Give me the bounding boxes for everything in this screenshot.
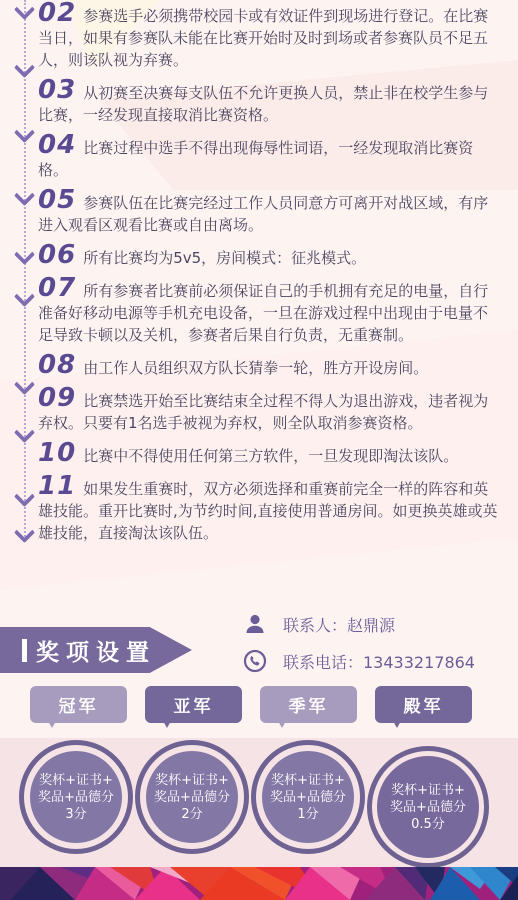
rule-item: 08由工作人员组织双方队长猜拳一轮，胜方开设房间。 xyxy=(38,354,502,379)
tab-label: 亚军 xyxy=(174,692,214,717)
banner-accent-bar xyxy=(22,639,27,662)
awards-section-banner: 奖项设置 xyxy=(0,627,192,673)
rule-text: 所有比赛均为5v5，房间模式：征兆模式。 xyxy=(83,249,366,267)
tab-label: 季军 xyxy=(289,692,329,717)
lowpoly-footer-graphic xyxy=(0,867,518,900)
rules-list: 02参赛选手必须携带校园卡或有效证件到现场进行登记。在比赛当日，如果有参赛队未能… xyxy=(38,2,502,552)
rule-number: 05 xyxy=(38,185,76,215)
rule-item: 09比赛禁选开始至比赛结束全过程不得人为退出游戏，违者视为弃权。只要有1名选手被… xyxy=(38,387,502,434)
rule-number: 04 xyxy=(38,130,76,160)
tab-fourth-place: 殿军 xyxy=(375,686,472,723)
rule-text: 从初赛至决赛每支队伍不允许更换人员，禁止非在校学生参与比赛，一经发现直接取消比赛… xyxy=(38,84,488,124)
chevron-down-icon xyxy=(14,286,35,307)
prize-circle-third-place: 奖杯+证书+ 奖品+品德分 1分 xyxy=(251,740,365,854)
rule-item: 05参赛队伍在比赛完经过工作人员同意方可离开对战区域，有序进入观看区观看比赛或自… xyxy=(38,189,502,236)
prize-score: 2分 xyxy=(181,806,202,823)
rule-number: 07 xyxy=(38,273,76,303)
rule-text: 比赛过程中选手不得出现侮辱性词语，一经发现取消比赛资格。 xyxy=(38,139,473,179)
rule-item: 02参赛选手必须携带校园卡或有效证件到现场进行登记。在比赛当日，如果有参赛队未能… xyxy=(38,2,502,71)
tab-label: 冠军 xyxy=(59,692,99,717)
prize-score: 0.5分 xyxy=(411,816,445,833)
rule-number: 11 xyxy=(38,471,76,501)
prize-circles: 奖杯+证书+ 奖品+品德分 3分 奖杯+证书+ 奖品+品德分 2分 奖杯+证书+… xyxy=(19,740,501,868)
rule-text: 由工作人员组织双方队长猜拳一轮，胜方开设房间。 xyxy=(83,359,428,377)
chevron-down-icon xyxy=(14,0,35,20)
rule-text: 参赛选手必须携带校园卡或有效证件到现场进行登记。在比赛当日，如果有参赛队未能在比… xyxy=(38,7,488,69)
poster-page: 02参赛选手必须携带校园卡或有效证件到现场进行登记。在比赛当日，如果有参赛队未能… xyxy=(0,0,518,900)
rule-number: 02 xyxy=(38,0,76,28)
tab-champion: 冠军 xyxy=(30,686,127,723)
rule-number: 03 xyxy=(38,75,76,105)
chevron-down-icon xyxy=(14,244,35,265)
prize-circle-content: 奖杯+证书+ 奖品+品德分 2分 xyxy=(146,751,238,843)
rule-text: 参赛队伍在比赛完经过工作人员同意方可离开对战区域，有序进入观看区观看比赛或自由离… xyxy=(38,194,488,234)
contact-phone-row: 联系电话：13433217864 xyxy=(243,649,475,673)
prize-score: 3分 xyxy=(65,806,86,823)
rule-text: 比赛禁选开始至比赛结束全过程不得人为退出游戏，违者视为弃权。只要有1名选手被视为… xyxy=(38,392,488,432)
rule-item: 11如果发生重赛时，双方必须选择和重赛前完全一样的阵容和英雄技能。重开比赛时,为… xyxy=(38,475,502,544)
tab-label: 殿军 xyxy=(404,692,444,717)
chevron-down-icon xyxy=(14,57,35,78)
rule-text: 所有参赛者比赛前必须保证自己的手机拥有充足的电量，自行准备好移动电源等手机充电设… xyxy=(38,282,488,344)
prize-line: 奖杯+证书+ xyxy=(39,772,113,789)
tier-tabs: 冠军 亚军 季军 殿军 xyxy=(30,686,472,723)
contact-phone-label: 联系电话：13433217864 xyxy=(283,650,475,673)
rule-number: 10 xyxy=(38,438,76,468)
rule-text: 如果发生重赛时，双方必须选择和重赛前完全一样的阵容和英雄技能。重开比赛时,为节约… xyxy=(38,480,498,542)
prize-score: 1分 xyxy=(297,806,318,823)
rule-text: 比赛中不得使用任何第三方软件，一旦发现即淘汰该队。 xyxy=(83,447,458,465)
prize-line: 奖品+品德分 xyxy=(270,789,346,806)
contact-person-row: 联系人：赵鼎源 xyxy=(243,612,475,636)
prize-circle-content: 奖杯+证书+ 奖品+品德分 3分 xyxy=(30,751,122,843)
rule-item: 10比赛中不得使用任何第三方软件，一旦发现即淘汰该队。 xyxy=(38,442,502,467)
prize-circle-content: 奖杯+证书+ 奖品+品德分 1分 xyxy=(262,751,354,843)
contact-block: 联系人：赵鼎源 联系电话：13433217864 xyxy=(243,612,475,686)
awards-section-title: 奖项设置 xyxy=(36,634,156,667)
chevron-down-icon xyxy=(14,185,35,206)
prize-circle-content: 奖杯+证书+ 奖品+品德分 0.5分 xyxy=(377,756,479,858)
rule-item: 07所有参赛者比赛前必须保证自己的手机拥有充足的电量，自行准备好移动电源等手机充… xyxy=(38,277,502,346)
contact-person-label: 联系人：赵鼎源 xyxy=(283,613,395,636)
chevron-down-icon xyxy=(14,122,35,143)
rule-number: 09 xyxy=(38,383,76,413)
prize-line: 奖杯+证书+ xyxy=(391,782,465,799)
rule-item: 06所有比赛均为5v5，房间模式：征兆模式。 xyxy=(38,244,502,269)
prize-line: 奖杯+证书+ xyxy=(271,772,345,789)
rule-number: 06 xyxy=(38,240,76,270)
prize-circle-runner-up: 奖杯+证书+ 奖品+品德分 2分 xyxy=(135,740,249,854)
prize-line: 奖品+品德分 xyxy=(154,789,230,806)
phone-icon xyxy=(243,649,267,673)
prize-circle-champion: 奖杯+证书+ 奖品+品德分 3分 xyxy=(19,740,133,854)
prize-line: 奖品+品德分 xyxy=(390,799,466,816)
prize-line: 奖品+品德分 xyxy=(38,789,114,806)
rule-item: 04比赛过程中选手不得出现侮辱性词语，一经发现取消比赛资格。 xyxy=(38,134,502,181)
prize-circle-fourth-place: 奖杯+证书+ 奖品+品德分 0.5分 xyxy=(367,746,489,868)
tab-third-place: 季军 xyxy=(260,686,357,723)
timeline-dotted-line xyxy=(24,0,26,540)
prize-line: 奖杯+证书+ xyxy=(155,772,229,789)
rule-item: 03从初赛至决赛每支队伍不允许更换人员，禁止非在校学生参与比赛，一经发现直接取消… xyxy=(38,79,502,126)
person-icon xyxy=(243,612,267,636)
rule-number: 08 xyxy=(38,350,76,380)
tab-runner-up: 亚军 xyxy=(145,686,242,723)
